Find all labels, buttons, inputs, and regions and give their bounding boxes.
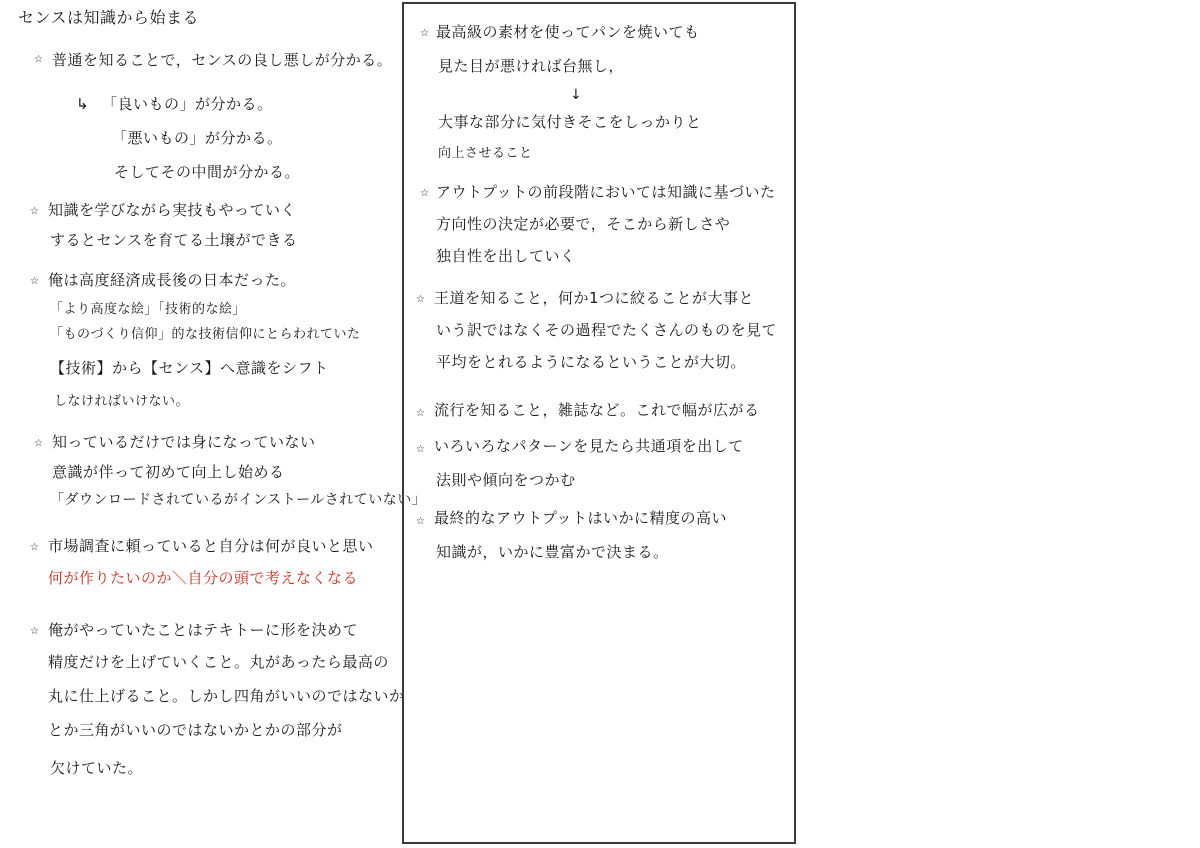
note-line: 方向性の決定が必要で，そこから新しさや: [436, 214, 730, 234]
note-line: いろいろなパターンを見たら共通項を出して: [434, 436, 744, 456]
note-line: アウトプットの前段階においては知識に基づいた: [436, 182, 776, 202]
note-line: 最高級の素材を使ってパンを焼いても: [436, 22, 700, 42]
note-line: 市場調査に頼っていると自分は何が良いと思い: [48, 536, 374, 556]
star-bullet-icon: ☆: [416, 512, 425, 532]
star-bullet-icon: ☆: [416, 290, 425, 310]
note-line: 意識が伴って初めて向上し始める: [52, 462, 285, 482]
note-line: 【技術】から【センス】へ意識をシフト: [50, 358, 329, 378]
star-bullet-icon: ☆: [420, 24, 429, 44]
star-bullet-icon: ☆: [34, 50, 43, 70]
note-line: 精度だけを上げていくこと。丸があったら最高の: [48, 652, 389, 672]
star-bullet-icon: ☆: [30, 202, 39, 222]
note-line: 知識が，いかに豊富かで決まる。: [436, 542, 669, 562]
note-line: 「悪いもの」が分かる。: [112, 128, 283, 148]
note-line: とか三角がいいのではないかとかの部分が: [48, 720, 343, 740]
left-notes-page: センスは知識から始まる ☆ 普通を知ることで，センスの良し悪しが分かる。 ↳ 「…: [0, 0, 400, 848]
note-line: 欠けていた。: [50, 758, 143, 778]
note-line: 大事な部分に気付きそこをしっかりと: [438, 112, 702, 132]
note-line: 俺は高度経済成長後の日本だった。: [48, 270, 296, 290]
note-line: するとセンスを育てる土壌ができる: [50, 230, 298, 250]
star-bullet-icon: ☆: [30, 272, 39, 292]
note-line: 平均をとれるようになるということが大切。: [436, 352, 746, 372]
star-bullet-icon: ☆: [416, 404, 425, 424]
note-line: 見た目が悪ければ台無し，: [438, 56, 624, 76]
note-line: 向上させること: [438, 144, 533, 164]
note-line: 「ものづくり信仰」的な技術信仰にとらわれていた: [50, 325, 361, 345]
arrow-down-icon: ↓: [570, 88, 582, 102]
note-line: しなければいけない。: [54, 392, 189, 412]
note-line: 独自性を出していく: [436, 246, 576, 266]
note-line: 法則や傾向をつかむ: [436, 470, 576, 490]
note-line: 「良いもの」が分かる。: [102, 94, 273, 114]
star-bullet-icon: ☆: [420, 184, 429, 204]
note-line: 王道を知ること，何か1つに絞ることが大事と: [434, 288, 754, 308]
page-title: センスは知識から始まる: [18, 8, 199, 28]
note-line: 俺がやっていたことはテキトーに形を決めて: [48, 620, 358, 640]
star-bullet-icon: ☆: [416, 440, 425, 460]
note-line: そしてその中間が分かる。: [114, 162, 300, 182]
note-line: 「より高度な絵」「技術的な絵」: [50, 300, 246, 320]
note-line: 知っているだけでは身になっていない: [52, 432, 316, 452]
highlighted-note-line: 何が作りたいのか＼自分の頭で考えなくなる: [48, 568, 358, 588]
note-line: 「ダウンロードされているがインストールされていない」: [50, 490, 426, 510]
note-line: 流行を知ること，雑誌など。これで幅が広がる: [434, 400, 760, 420]
star-bullet-icon: ☆: [30, 622, 39, 642]
note-line: いう訳ではなくその過程でたくさんのものを見て: [436, 320, 777, 340]
hook-arrow-icon: ↳: [76, 94, 89, 114]
note-line: 丸に仕上げること。しかし四角がいいのではないか: [48, 686, 405, 706]
star-bullet-icon: ☆: [30, 538, 39, 558]
note-line: 最終的なアウトプットはいかに精度の高い: [434, 508, 727, 528]
note-line: 知識を学びながら実技もやっていく: [48, 200, 296, 220]
right-notes-page: ☆ 最高級の素材を使ってパンを焼いても 見た目が悪ければ台無し， ↓ 大事な部分…: [402, 2, 796, 844]
note-line: 普通を知ることで，センスの良し悪しが分かる。: [52, 50, 392, 70]
star-bullet-icon: ☆: [34, 434, 43, 454]
